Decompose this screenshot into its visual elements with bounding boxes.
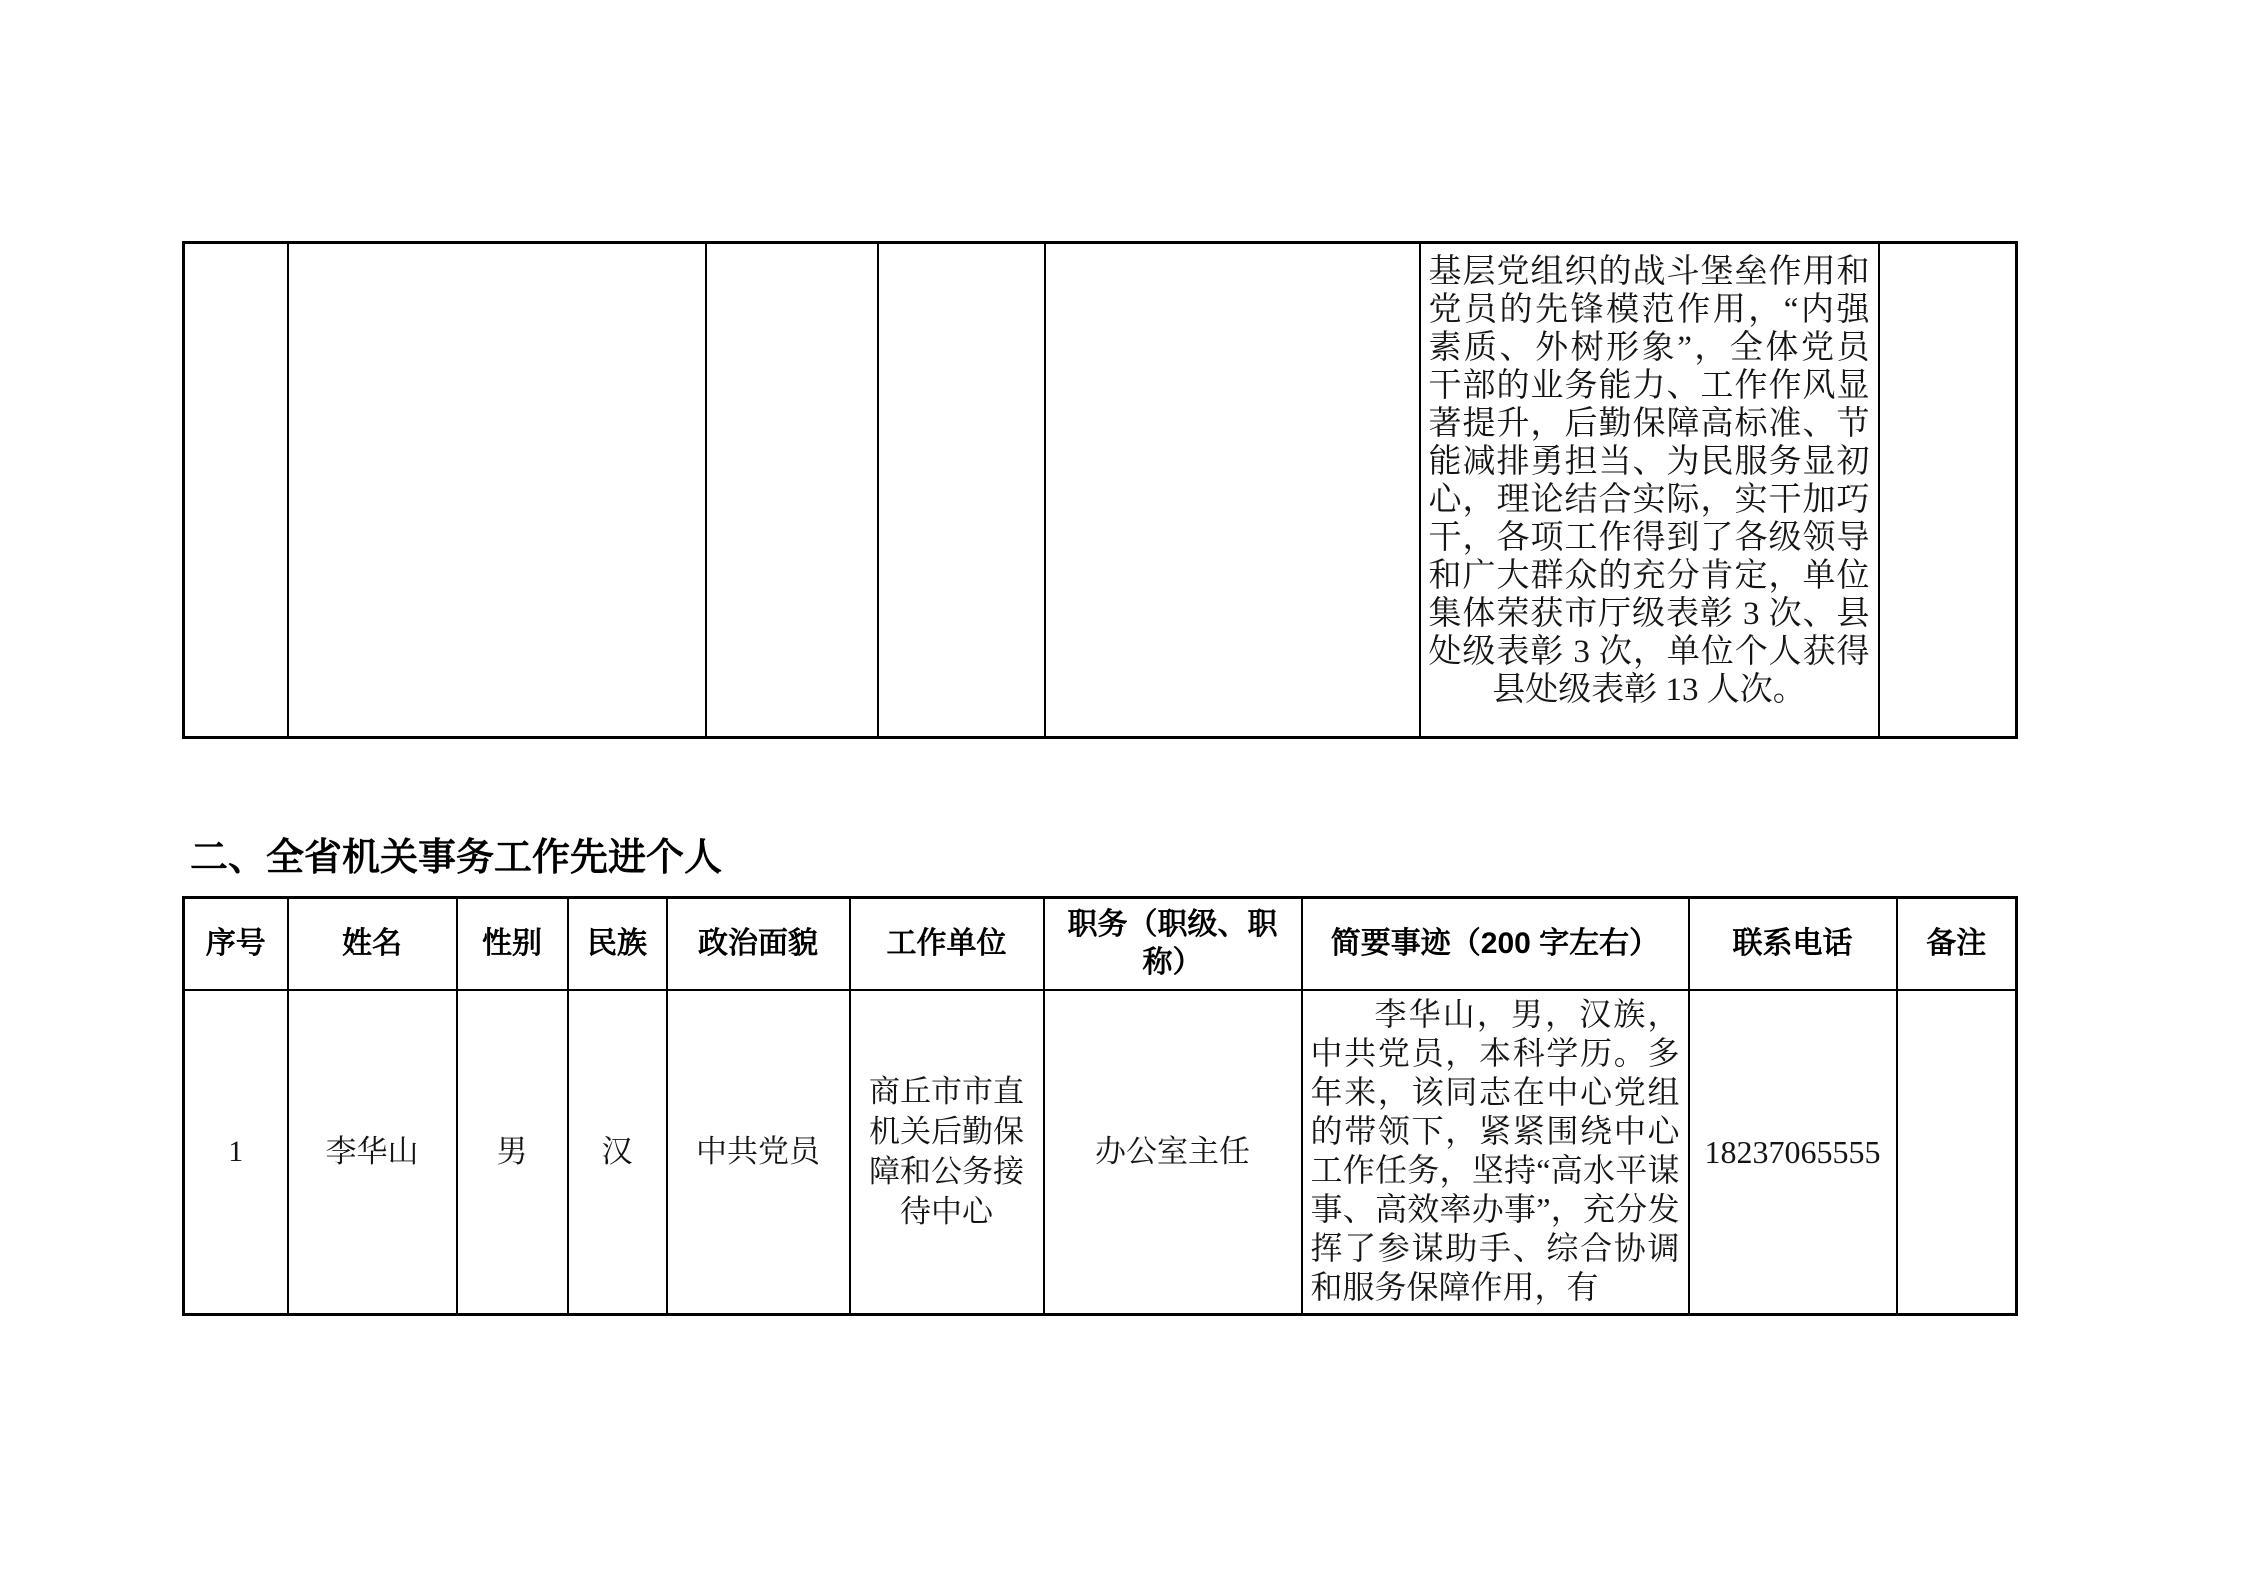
header-ethnicity: 民族 [568,898,667,991]
table-row: 基层党组织的战斗堡垒作用和党员的先锋模范作用，“内强素质、外树形象”，全体党员干… [184,243,2017,738]
cell-name: 李华山 [288,990,457,1315]
table-row: 1 李华山 男 汉 中共党员 商丘市市直机关后勤保障和公务接待中心 办公室主任 … [184,990,2017,1315]
header-name: 姓名 [288,898,457,991]
header-phone: 联系电话 [1689,898,1897,991]
cell-deeds: 李华山，男，汉族，中共党员，本科学历。多年来，该同志在中心党组的带领下，紧紧围绕… [1302,990,1689,1315]
deeds-cell: 基层党组织的战斗堡垒作用和党员的先锋模范作用，“内强素质、外树形象”，全体党员干… [1420,243,1879,738]
empty-cell [706,243,878,738]
cell-gender: 男 [457,990,568,1315]
header-political-status: 政治面貌 [667,898,850,991]
cell-phone: 18237065555 [1689,990,1897,1315]
header-position: 职务（职级、职称） [1044,898,1302,991]
header-deeds: 简要事迹（200 字左右） [1302,898,1689,991]
cell-remark [1897,990,2017,1315]
empty-cell-unit-name [288,243,706,738]
empty-cell-remark [1879,243,2017,738]
empty-cell [878,243,1045,738]
cell-position: 办公室主任 [1044,990,1302,1315]
continuation-table: 基层党组织的战斗堡垒作用和党员的先锋模范作用，“内强素质、外树形象”，全体党员干… [182,241,2018,739]
cell-political-status: 中共党员 [667,990,850,1315]
cell-work-unit: 商丘市市直机关后勤保障和公务接待中心 [850,990,1044,1315]
cell-ethnicity: 汉 [568,990,667,1315]
cell-serial: 1 [184,990,288,1315]
header-work-unit: 工作单位 [850,898,1044,991]
empty-cell [1045,243,1420,738]
deeds-paragraph: 李华山，男，汉族，中共党员，本科学历。多年来，该同志在中心党组的带领下，紧紧围绕… [1303,991,1688,1311]
deeds-paragraph: 基层党组织的战斗堡垒作用和党员的先锋模范作用，“内强素质、外树形象”，全体党员干… [1421,244,1878,709]
work-unit-text: 商丘市市直机关后勤保障和公务接待中心 [851,1072,1043,1232]
section-title: 二、全省机关事务工作先进个人 [190,830,722,886]
header-serial: 序号 [184,898,288,991]
document-page: 基层党组织的战斗堡垒作用和党员的先锋模范作用，“内强素质、外树形象”，全体党员干… [0,0,2245,1587]
empty-cell-serial [184,243,288,738]
header-remark: 备注 [1897,898,2017,991]
header-gender: 性别 [457,898,568,991]
individuals-table: 序号 姓名 性别 民族 政治面貌 工作单位 职务（职级、职称） 简要事迹（200… [182,896,2018,1316]
header-row: 序号 姓名 性别 民族 政治面貌 工作单位 职务（职级、职称） 简要事迹（200… [184,898,2017,991]
